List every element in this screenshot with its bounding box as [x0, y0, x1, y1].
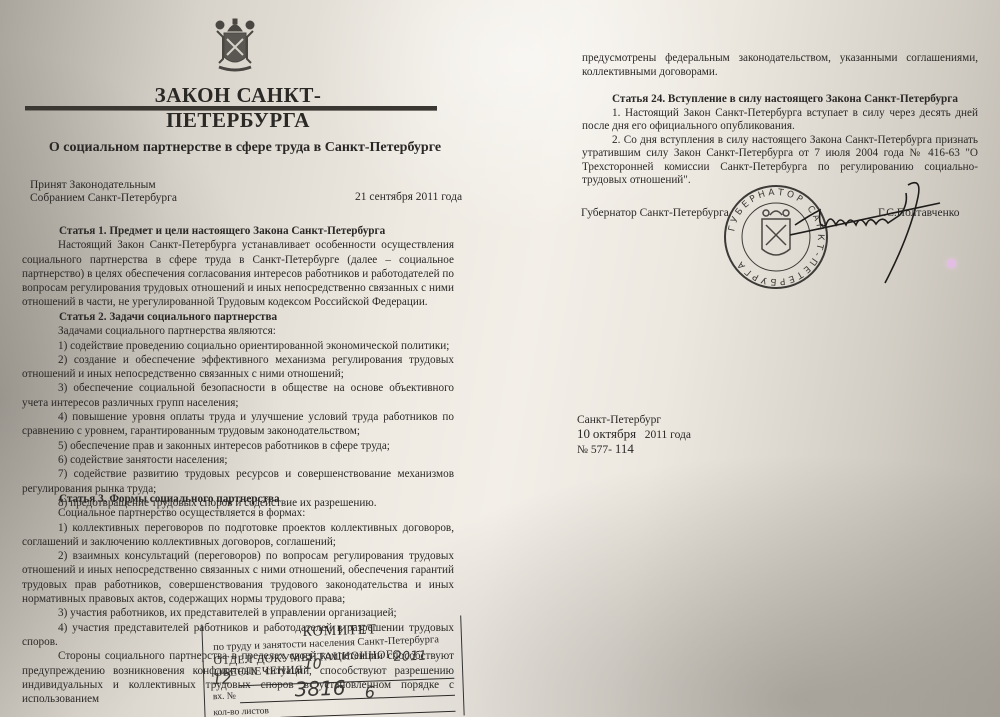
article-2-heading: Статья 2. Задачи социального партнерства — [22, 310, 454, 324]
article-3-heading: Статья 3. Формы социального партнерства — [22, 492, 454, 506]
article-2-item: 3) обеспечение социальной безопасности в… — [22, 381, 454, 410]
governor-name: Г.С.Полтавченко — [878, 207, 959, 219]
adopted-line-2: Собранием Санкт-Петербурга — [30, 192, 177, 205]
right-page-text: предусмотрены федеральным законодательст… — [582, 52, 978, 188]
article-1-text: Настоящий Закон Санкт-Петербурга устанав… — [22, 238, 454, 309]
article-3-item: 2) взаимных консультаций (переговоров) п… — [22, 549, 454, 606]
light-reflection — [947, 259, 956, 268]
coat-of-arms-icon — [213, 17, 257, 75]
stamp-sheets-label: кол-во листов — [213, 706, 269, 717]
document-footer: Санкт-Петербург 10 октября 2011 года № 5… — [577, 414, 691, 457]
article-2-intro: Задачами социального партнерства являютс… — [22, 324, 454, 338]
article-2-item: 1) содействие проведению социально ориен… — [22, 339, 454, 353]
stamp-date-year: 2011 — [393, 649, 427, 665]
law-subtitle: О социальном партнерстве в сфере труда в… — [0, 140, 490, 156]
article-2-item: 2) создание и обеспечение эффективного м… — [22, 353, 454, 382]
article-24-heading: Статья 24. Вступление в силу настоящего … — [582, 93, 978, 107]
adopted-line-1: Принят Законодательным — [30, 179, 177, 192]
handwritten-signature-icon — [790, 175, 950, 285]
stamp-date-day: 12 — [212, 670, 232, 689]
stamp-incoming-label: вх. № — [213, 691, 236, 702]
stamp-sheets-count: 6 — [364, 683, 375, 702]
footer-date-day: 10 — [577, 426, 590, 441]
article-2: Статья 2. Задачи социального партнерства… — [22, 310, 454, 510]
stamp-date-month: 10 — [304, 656, 322, 673]
article-3-item: 1) коллективных переговоров по подготовк… — [22, 521, 454, 550]
adopted-date: 21 сентября 2011 года — [355, 191, 462, 203]
article-2-item: 4) повышение уровня оплаты труда и улучш… — [22, 410, 454, 439]
continuation-text: предусмотрены федеральным законодательст… — [582, 52, 978, 79]
governor-title: Губернатор Санкт-Петербурга — [581, 207, 729, 219]
law-number-prefix: № 577- — [577, 444, 612, 456]
article-1: Статья 1. Предмет и цели настоящего Зако… — [22, 224, 454, 310]
article-2-item: 5) обеспечение прав и законных интересов… — [22, 439, 454, 453]
adopted-by: Принят Законодательным Собранием Санкт-П… — [30, 179, 177, 205]
article-2-item: 6) содействие занятости населения; — [22, 453, 454, 467]
law-number: 114 — [615, 441, 634, 456]
title-rule — [25, 106, 437, 111]
footer-date-year: 2011 года — [645, 429, 691, 441]
article-24-item: 1. Настоящий Закон Санкт-Петербурга всту… — [582, 107, 978, 134]
article-1-heading: Статья 1. Предмет и цели настоящего Зако… — [22, 224, 454, 238]
registration-stamp: КОМИТЕТ по труду и занятости населения С… — [201, 615, 464, 717]
stamp-incoming-number: 3816 — [294, 676, 346, 702]
footer-date-month: октября — [593, 426, 636, 441]
article-3-intro: Социальное партнерство осуществляется в … — [22, 506, 454, 520]
